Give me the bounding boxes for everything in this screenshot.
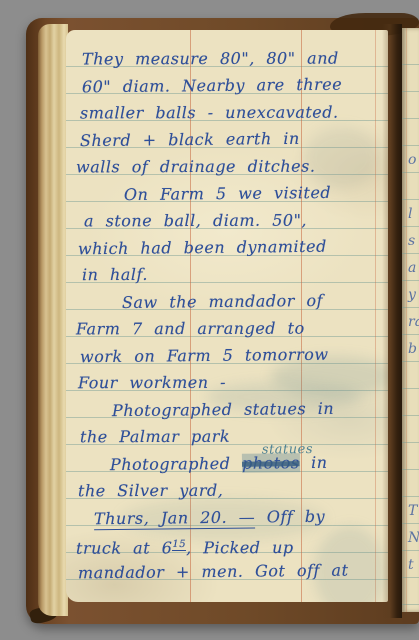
journal-page: They measure 80", 80" and 60" diam. Near… bbox=[66, 30, 388, 602]
margin-line-right bbox=[375, 30, 376, 602]
journal-line: mandador + men. Got off at bbox=[78, 558, 349, 587]
journal-line-text: the Silver yard, bbox=[78, 481, 223, 501]
journal-line-text: walls of drainage ditches. bbox=[76, 157, 315, 177]
journal-line-text: in bbox=[311, 453, 328, 472]
journal-line: which had been dynamited bbox=[78, 234, 327, 263]
superscript-time: 15 bbox=[172, 539, 186, 551]
partial-text: s bbox=[408, 233, 415, 249]
journal-line: Farm 7 and arranged to bbox=[76, 316, 305, 343]
journal-line-text: the Palmar park bbox=[80, 427, 230, 447]
journal-line: the Palmar park bbox=[80, 424, 230, 451]
journal-line-text: Sherd + black earth in bbox=[80, 129, 300, 150]
inserted-word: statues bbox=[262, 437, 313, 464]
partial-text: y bbox=[408, 287, 416, 303]
partial-text: o bbox=[408, 152, 416, 168]
journal-line-text: a stone ball, diam. 50", bbox=[84, 211, 307, 231]
journal-line: work on Farm 5 tomorrow bbox=[80, 342, 329, 371]
journal-line-text: Photographed statues in bbox=[112, 399, 334, 420]
journal-line: Saw the mandador of bbox=[122, 288, 323, 316]
journal-line-text: , Picked up bbox=[186, 538, 294, 557]
journal-line-text: On Farm 5 we visited bbox=[124, 183, 331, 204]
journal-line: Four workmen - bbox=[78, 370, 226, 397]
partial-text: ra bbox=[408, 314, 419, 330]
journal-line: Sherd + black earth in bbox=[80, 126, 300, 154]
journal-line-text: Saw the mandador of bbox=[122, 291, 323, 312]
next-page-sliver: o l s a y ra b T N t bbox=[402, 28, 419, 612]
journal-line-text: Farm 7 and arranged to bbox=[76, 319, 305, 339]
journal-line-text: Photographed bbox=[110, 454, 231, 474]
journal-line-text: They measure 80", 80" and bbox=[82, 49, 339, 69]
journal-line-text: mandador + men. Got off at bbox=[78, 561, 349, 583]
journal-line: smaller balls - unexcavated. bbox=[80, 100, 339, 127]
margin-line bbox=[406, 28, 407, 612]
partial-text: T bbox=[408, 503, 417, 519]
partial-text: t bbox=[408, 557, 414, 573]
journal-line-text: truck at 6 bbox=[76, 538, 172, 557]
journal-line: They measure 80", 80" and bbox=[82, 46, 339, 73]
journal-line: truck at 615, Picked up bbox=[76, 532, 294, 562]
date-underlined: Thurs, Jan 20. — bbox=[94, 508, 255, 531]
journal-line-text: work on Farm 5 tomorrow bbox=[80, 345, 329, 367]
page-gutter-shadow bbox=[382, 24, 402, 618]
journal-line: On Farm 5 we visited bbox=[124, 180, 331, 208]
journal-line-text: which had been dynamited bbox=[78, 237, 327, 259]
journal-line: in half. bbox=[82, 262, 148, 288]
partial-text: N bbox=[408, 530, 419, 546]
journal-line-text: smaller balls - unexcavated. bbox=[80, 103, 339, 123]
journal-line-text: Off by bbox=[267, 507, 326, 527]
partial-text: b bbox=[408, 341, 417, 357]
journal-line-edited: Photographed photos in statues bbox=[110, 450, 328, 478]
journal-line-text: 60" diam. Nearby are three bbox=[82, 75, 342, 97]
journal-line: 60" diam. Nearby are three bbox=[82, 72, 342, 101]
journal-line: walls of drainage ditches. bbox=[76, 154, 316, 181]
journal-line-date: Thurs, Jan 20. — Off by bbox=[94, 504, 325, 532]
journal-line-text: Four workmen - bbox=[78, 373, 226, 393]
partial-text: l bbox=[408, 206, 412, 222]
journal-line: the Silver yard, bbox=[78, 478, 223, 505]
partial-text: a bbox=[408, 260, 416, 276]
notebook-photo: They measure 80", 80" and 60" diam. Near… bbox=[0, 0, 419, 640]
journal-line: Photographed statues in bbox=[112, 396, 334, 424]
journal-line: a stone ball, diam. 50", bbox=[84, 208, 307, 235]
journal-line-text: in half. bbox=[82, 265, 148, 284]
page-stack-edges bbox=[38, 24, 68, 616]
